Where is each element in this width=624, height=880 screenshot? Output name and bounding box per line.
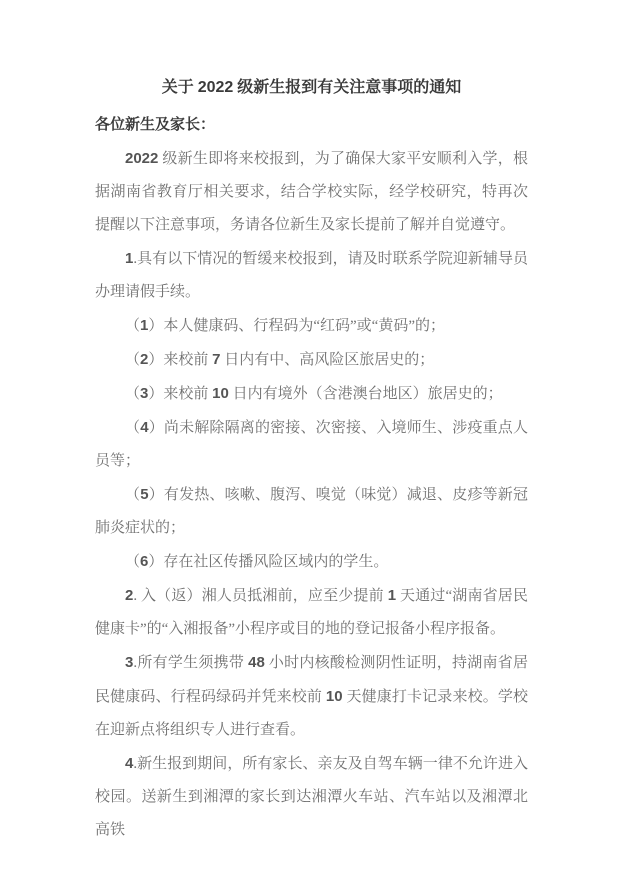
document-paragraph: （4）尚未解除隔离的密接、次密接、入境师生、涉疫重点人员等； (95, 411, 528, 478)
inline-number: 1 (125, 250, 133, 267)
inline-number: 10 (212, 385, 229, 402)
inline-number: 2022 (198, 79, 234, 96)
document-paragraph: （2）来校前 7 日内有中、高风险区旅居史的； (95, 343, 528, 377)
inline-number: 6 (140, 553, 148, 570)
document-paragraph: （5）有发热、咳嗽、腹泻、嗅觉（味觉）减退、皮疹等新冠肺炎症状的； (95, 478, 528, 545)
inline-number: 4 (140, 419, 148, 436)
inline-number: 5 (140, 486, 148, 503)
inline-number: 2022 (125, 150, 158, 167)
inline-number: 2 (140, 351, 148, 368)
document-paragraph: 1.具有以下情况的暂缓来校报到，请及时联系学院迎新辅导员办理请假手续。 (95, 242, 528, 309)
inline-number: 1 (388, 587, 396, 604)
inline-number: 7 (212, 351, 220, 368)
inline-number: 3 (140, 385, 148, 402)
document-salutation: 各位新生及家长： (95, 109, 528, 142)
document-paragraph: 2022 级新生即将来校报到，为了确保大家平安顺利入学，根据湖南省教育厅相关要求… (95, 142, 528, 242)
document-page: 关于 2022 级新生报到有关注意事项的通知 各位新生及家长： 2022 级新生… (0, 0, 624, 880)
inline-number: 3 (125, 654, 133, 671)
document-paragraph: 3.所有学生须携带 48 小时内核酸检测阴性证明，持湖南省居民健康码、行程码绿码… (95, 646, 528, 747)
inline-number: 48 (248, 654, 265, 671)
document-paragraph: （3）来校前 10 日内有境外（含港澳台地区）旅居史的； (95, 377, 528, 411)
inline-number: 4 (125, 755, 133, 772)
document-paragraph: （6）存在社区传播风险区域内的学生。 (95, 545, 528, 579)
inline-number: 2 (125, 587, 133, 604)
document-paragraph: 4.新生报到期间，所有家长、亲友及自驾车辆一律不允许进入校园。送新生到湘潭的家长… (95, 747, 528, 847)
inline-number: 10 (326, 688, 343, 705)
document-paragraph: （1）本人健康码、行程码为“红码”或“黄码”的； (95, 309, 528, 343)
inline-number: 1 (140, 317, 148, 334)
document-paragraph: 2. 入（返）湘人员抵湘前，应至少提前 1 天通过“湖南省居民健康卡”的“入湘报… (95, 579, 528, 646)
document-title: 关于 2022 级新生报到有关注意事项的通知 (95, 71, 528, 104)
